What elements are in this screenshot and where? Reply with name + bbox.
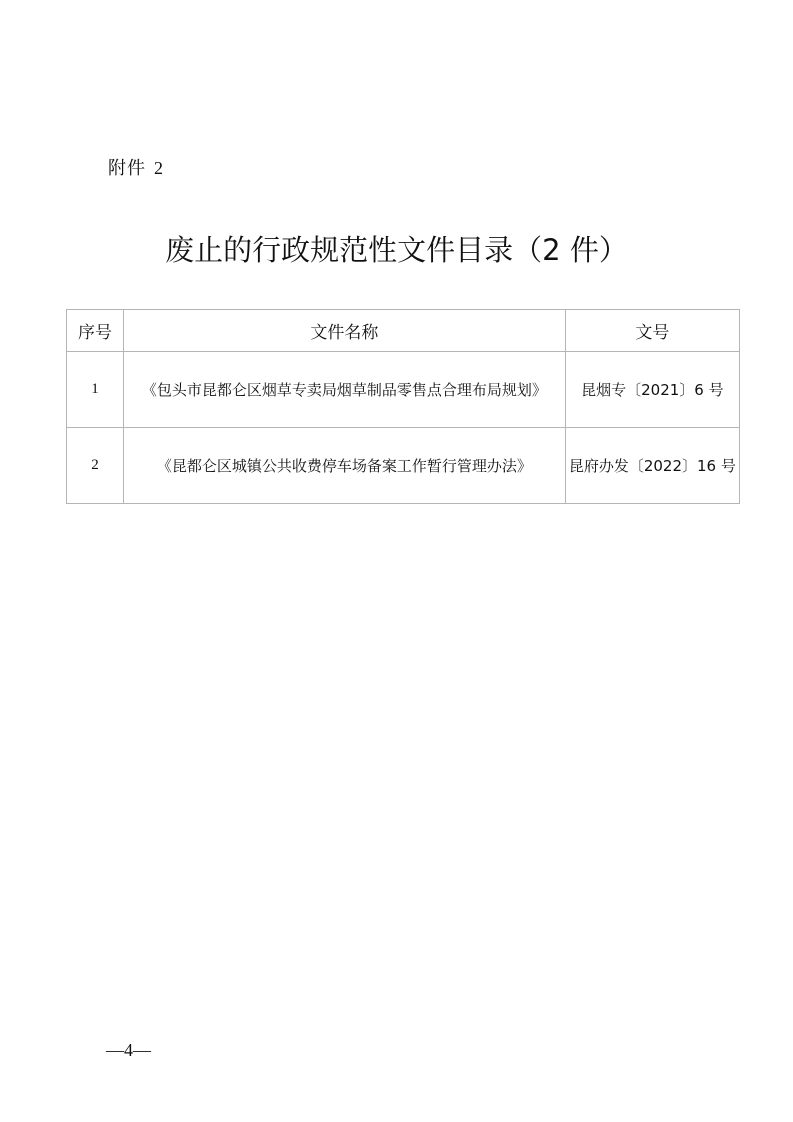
table-row: 1 《包头市昆都仑区烟草专卖局烟草制品零售点合理布局规划》 昆烟专〔2021〕6…	[67, 352, 740, 428]
attachment-label: 附件2	[108, 154, 164, 180]
row-name: 《包头市昆都仑区烟草专卖局烟草制品零售点合理布局规划》	[124, 352, 566, 428]
table-header-row: 序号 文件名称 文号	[67, 310, 740, 352]
header-name: 文件名称	[124, 310, 566, 352]
row-seq: 2	[67, 428, 124, 504]
row-seq: 1	[67, 352, 124, 428]
attachment-number: 2	[154, 158, 164, 178]
header-doc-no: 文号	[565, 310, 739, 352]
row-doc-no: 昆府办发〔2022〕16 号	[565, 428, 739, 504]
row-doc-no: 昆烟专〔2021〕6 号	[565, 352, 739, 428]
attachment-text: 附件	[108, 158, 146, 179]
document-title: 废止的行政规范性文件目录（2 件）	[0, 228, 793, 269]
page-number: —4—	[106, 1040, 151, 1061]
abolished-documents-table: 序号 文件名称 文号 1 《包头市昆都仑区烟草专卖局烟草制品零售点合理布局规划》…	[66, 309, 740, 504]
header-seq: 序号	[67, 310, 124, 352]
row-name: 《昆都仑区城镇公共收费停车场备案工作暂行管理办法》	[124, 428, 566, 504]
table-row: 2 《昆都仑区城镇公共收费停车场备案工作暂行管理办法》 昆府办发〔2022〕16…	[67, 428, 740, 504]
